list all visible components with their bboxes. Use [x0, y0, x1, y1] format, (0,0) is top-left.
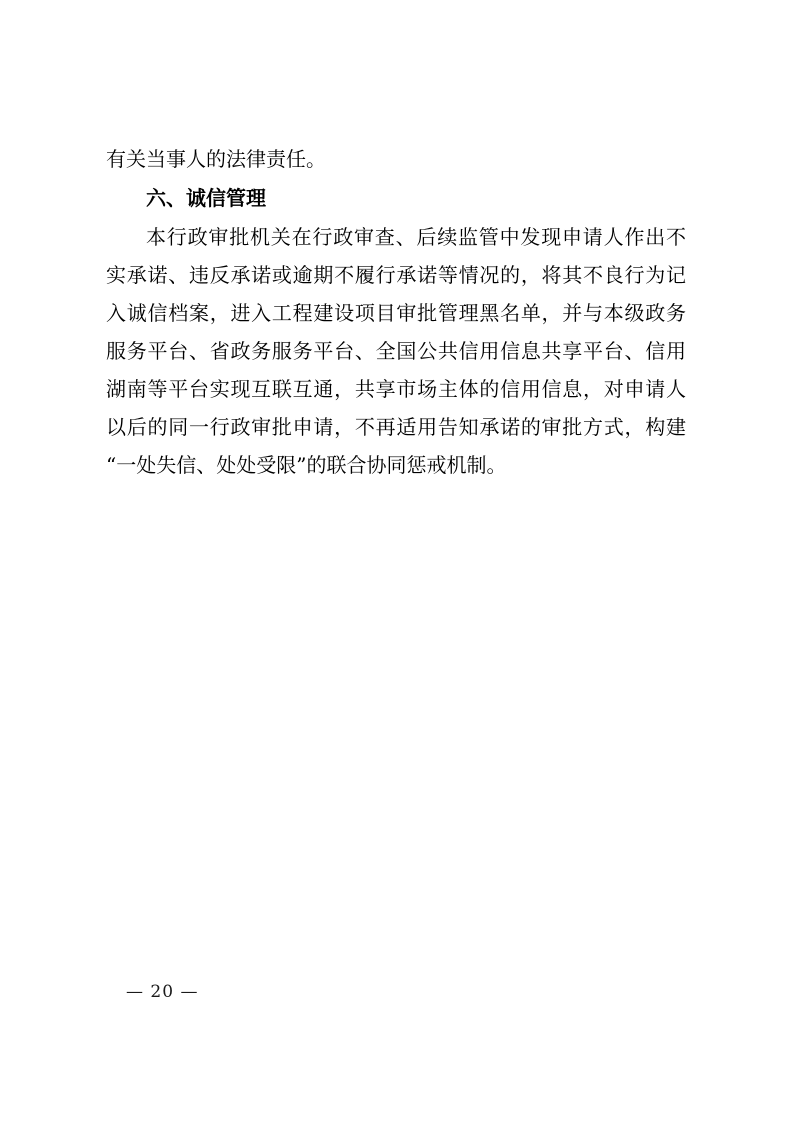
paragraph-line: 以后的同一行政审批申请，不再适用告知承诺的审批方式，构建: [106, 408, 686, 446]
trailing-paragraph-line: 有关当事人的法律责任。: [106, 140, 686, 178]
paragraph-line: 入诚信档案，进入工程建设项目审批管理黑名单，并与本级政务: [106, 294, 686, 332]
paragraph-line: 实承诺、违反承诺或逾期不履行承诺等情况的，将其不良行为记: [106, 256, 686, 294]
paragraph-line: 湖南等平台实现互联互通，共享市场主体的信用信息，对申请人: [106, 370, 686, 408]
paragraph-line: 本行政审批机关在行政审查、后续监管中发现申请人作出不: [106, 218, 686, 256]
document-text-block: 有关当事人的法律责任。 六、诚信管理 本行政审批机关在行政审查、后续监管中发现申…: [106, 140, 686, 484]
document-page: 有关当事人的法律责任。 六、诚信管理 本行政审批机关在行政审查、后续监管中发现申…: [0, 0, 793, 1122]
section-heading: 六、诚信管理: [106, 178, 686, 218]
paragraph-line: “一处失信、处处受限”的联合协同惩戒机制。: [106, 446, 686, 484]
paragraph-line: 服务平台、省政务服务平台、全国公共信用信息共享平台、信用: [106, 332, 686, 370]
page-number: — 20 —: [126, 982, 198, 1002]
